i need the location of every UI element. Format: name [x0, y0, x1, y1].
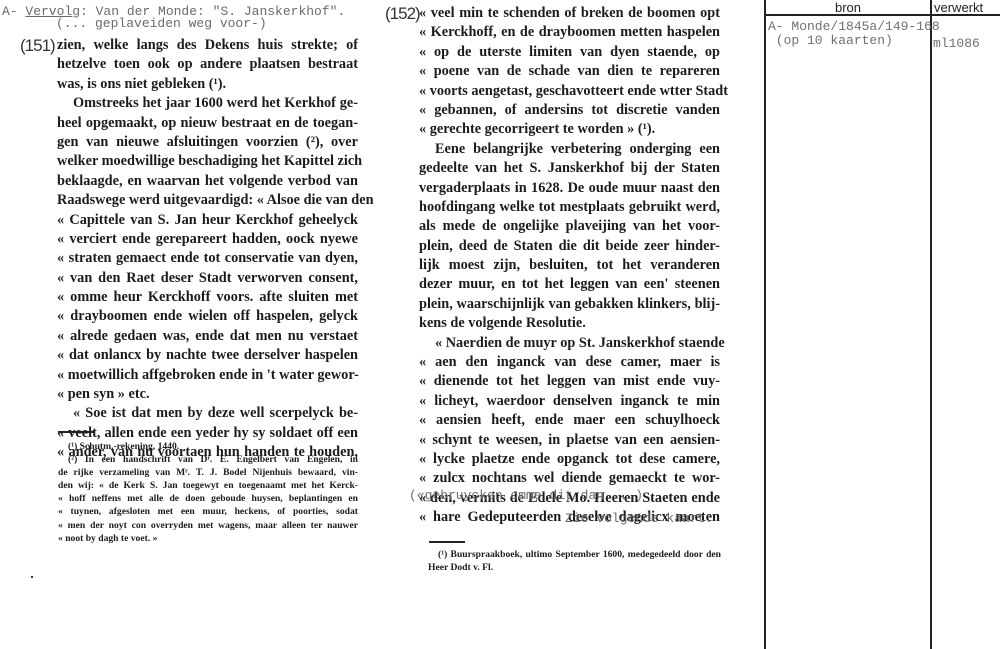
- footnote-line: « noot by dagh te voet. »: [58, 532, 358, 545]
- text-line: als mede de ongelijke plaveijing van het…: [419, 217, 720, 236]
- text-line: « aen den inganck van dese camer, maer i…: [419, 353, 720, 372]
- text-line: « van den Raet deser Stadt verworven con…: [57, 269, 358, 288]
- text-line: « dienende tot het leggen van mist ende …: [419, 372, 720, 391]
- text-line: Raadswege werd uitgevaardigd: « Alsoe di…: [57, 191, 358, 210]
- text-line: « dat onlancx by nachte twee derselver h…: [57, 346, 358, 365]
- footnote-line: « tuynen, afgesloten met een muur, hecke…: [58, 505, 358, 518]
- text-line: gedeelte van het S. Janskerkhof bij der …: [419, 159, 720, 178]
- text-line: « op de uterste limiten van dyen staende…: [419, 43, 720, 62]
- footnote-line: « hoff neffens met alle de doen geboude …: [58, 492, 358, 505]
- text-line: « voorts aengetast, geschavotteert ende …: [419, 82, 720, 101]
- cell-bron: A- Monde/1845a/149-168 (op 10 kaarten): [768, 20, 940, 48]
- footnote-line: (¹) Buurspraakboek, ultimo September 160…: [428, 548, 721, 561]
- text-line: heel opgemaakt, op nieuw bestraat en de …: [57, 114, 358, 133]
- text-line: beklaagde, en waarvan het volgende verbo…: [57, 172, 358, 191]
- header-prefix: A-: [2, 4, 25, 19]
- footnote-line: (¹) Schutm.-rekening, 1440.: [58, 440, 358, 453]
- column-header-verwerkt: verwerkt: [934, 0, 1000, 15]
- text-line: « pen syn » etc.: [57, 385, 358, 404]
- right-page-body: « veel min te schenden of breken de boom…: [419, 4, 720, 528]
- text-line: « moetwillich affgebroken ende in 't wat…: [57, 366, 358, 385]
- text-line: « gebannen, of andersins tot discretie v…: [419, 101, 720, 120]
- text-line: « Capittele van S. Jan heur Kerckhof geh…: [57, 211, 358, 230]
- text-line: gen van nieuwe afsluitingen voorzien (²)…: [57, 133, 358, 152]
- column-header-bron: bron: [766, 0, 930, 15]
- bron-reference: A- Monde/1845a/149-168: [768, 20, 940, 34]
- text-line: dezer muur, en tot het leggen van een' s…: [419, 275, 720, 294]
- bron-card-count: (op 10 kaarten): [768, 34, 940, 48]
- footnote-line: den wij: « de Kerk S. Jan toegewyt en to…: [58, 479, 358, 492]
- footnote-line: « men der noyt con overryden met wagens,…: [58, 519, 358, 532]
- cell-verwerkt: ml1086: [933, 37, 980, 51]
- text-line: « zulcx nochtans wel diende gemaeckt te …: [419, 469, 720, 488]
- text-line: « straten gemaect ende tot conservatie v…: [57, 249, 358, 268]
- footnote-divider-left: [58, 431, 94, 433]
- stray-dot: [31, 576, 33, 578]
- text-line: hetzelve toen ook op andere plaatsen bes…: [57, 55, 358, 74]
- text-line: hoofdingang welke tot mestplaats gebruik…: [419, 198, 720, 217]
- text-line: « drayboomen ende wielen off haspelen, g…: [57, 307, 358, 326]
- text-line: kens de volgende Resolutie.: [419, 314, 720, 333]
- typed-header-line2: (... geplaveiden weg voor-): [56, 17, 267, 30]
- text-line: « licheyt, waerdoor denselven inganck te…: [419, 392, 720, 411]
- text-line: « lycke plaetze ende opganck tot dese ca…: [419, 450, 720, 469]
- text-line: « Naerdien de muyr op St. Janskerkhof st…: [419, 334, 720, 353]
- footnote-line: Heer Dodt v. Fl.: [428, 561, 721, 574]
- text-line: « Soe ist dat men by deze well scerpelyc…: [57, 404, 358, 423]
- table-left-border: [764, 0, 766, 649]
- text-line: was, is ons niet gebleken (¹).: [57, 75, 358, 94]
- text-line: « gerechte gecorrigeert te worden » (¹).: [419, 120, 720, 139]
- text-line: « omme heur Kerckhoff voors. afte sluite…: [57, 288, 358, 307]
- footnote-divider-right: [429, 541, 465, 543]
- footnote-line: de rijke verzameling van Mʳ. T. J. Bodel…: [58, 466, 358, 479]
- typed-continuation: («gebruycken omme dit dan ...): [409, 489, 643, 502]
- text-line: vergaderplaats in 1628. De oude muur naa…: [419, 179, 720, 198]
- right-footnotes: (¹) Buurspraakboek, ultimo September 160…: [428, 548, 721, 574]
- text-line: « aensien heeft, ende maer een schuylhoe…: [419, 411, 720, 430]
- text-line: Eene belangrijke verbetering onderging e…: [419, 140, 720, 159]
- text-line: plein, waarschijnlijk van gebakken klink…: [419, 295, 720, 314]
- footnote-line: (²) In een handschrift van Dʳ. E. Engelb…: [58, 453, 358, 466]
- page-number-151: (151): [20, 36, 55, 56]
- text-line: « poene van de schade van dien te repare…: [419, 62, 720, 81]
- text-line: zien, welke langs des Dekens huis strekt…: [57, 36, 358, 55]
- text-line: welker moedwillige beschadiging het Kapi…: [57, 152, 358, 171]
- text-line: lijk moest zijn, besluiten, tot het vera…: [419, 256, 720, 275]
- page-number-152: (152): [385, 4, 420, 24]
- text-line: plein, deed de Staten die dit beide zeer…: [419, 237, 720, 256]
- left-footnotes: (¹) Schutm.-rekening, 1440. (²) In een h…: [58, 440, 358, 545]
- text-line: « schynt te weesen, in plaetse van een a…: [419, 431, 720, 450]
- text-line: « alrede gedaen was, ende dat men nu ver…: [57, 327, 358, 346]
- left-page-body: zien, welke langs des Dekens huis strekt…: [57, 36, 358, 463]
- table-column-divider: [930, 0, 932, 649]
- typed-see-next-card: Zie volgende kaart.: [565, 512, 713, 525]
- text-line: « verciert ende gerepareert hadden, oock…: [57, 230, 358, 249]
- text-line: « Kerckhoff, en de drayboomen metten has…: [419, 23, 720, 42]
- text-line: Omstreeks het jaar 1600 werd het Kerkhof…: [57, 94, 358, 113]
- text-line: « veel min te schenden of breken de boom…: [419, 4, 720, 23]
